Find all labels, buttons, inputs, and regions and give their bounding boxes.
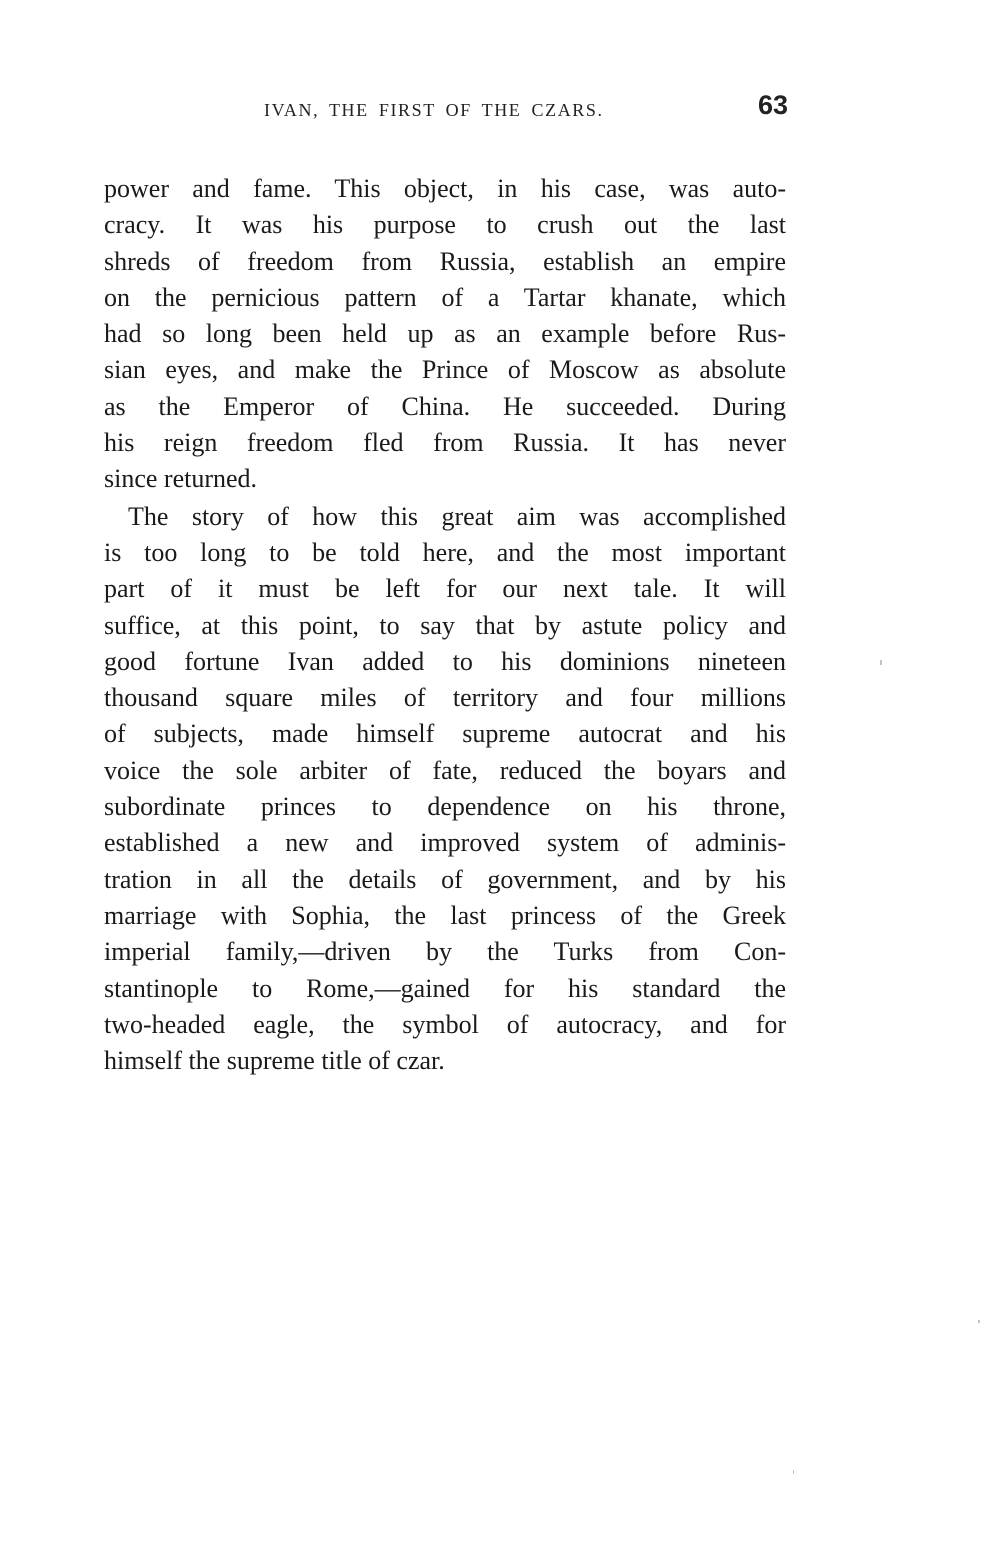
text-line: had so long been held up as an example b… bbox=[104, 316, 786, 352]
text-line: sian eyes, and make the Prince of Moscow… bbox=[104, 352, 786, 388]
text-line: thousand square miles of territory and f… bbox=[104, 680, 786, 716]
scan-speck bbox=[793, 1470, 794, 1474]
text-line: voice the sole arbiter of fate, reduced … bbox=[104, 753, 786, 789]
text-line: part of it must be left for our next tal… bbox=[104, 571, 786, 607]
text-line: stantinople to Rome,—gained for his stan… bbox=[104, 971, 786, 1007]
text-line: is too long to be told here, and the mos… bbox=[104, 535, 786, 571]
scan-speck bbox=[880, 660, 882, 665]
text-line: The story of how this great aim was acco… bbox=[104, 499, 786, 535]
text-line: imperial family,—driven by the Turks fro… bbox=[104, 934, 786, 970]
text-line: established a new and improved system of… bbox=[104, 825, 786, 861]
text-line: shreds of freedom from Russia, establish… bbox=[104, 244, 786, 280]
text-line: marriage with Sophia, the last princess … bbox=[104, 898, 786, 934]
page-number: 63 bbox=[758, 90, 788, 121]
paragraph-2: The story of how this great aim was acco… bbox=[104, 499, 786, 1080]
running-head: IVAN, THE FIRST OF THE CZARS. 63 bbox=[104, 90, 788, 126]
text-line: cracy. It was his purpose to crush out t… bbox=[104, 207, 786, 243]
body-text: power and fame. This object, in his case… bbox=[104, 171, 786, 1079]
text-line: tration in all the details of government… bbox=[104, 862, 786, 898]
text-line: since returned. bbox=[104, 461, 786, 497]
book-page: IVAN, THE FIRST OF THE CZARS. 63 power a… bbox=[0, 0, 1000, 1564]
text-line: suffice, at this point, to say that by a… bbox=[104, 608, 786, 644]
text-line: of subjects, made himself supreme autocr… bbox=[104, 716, 786, 752]
scan-speck bbox=[978, 1320, 980, 1323]
text-line: his reign freedom fled from Russia. It h… bbox=[104, 425, 786, 461]
text-line: as the Emperor of China. He succeeded. D… bbox=[104, 389, 786, 425]
text-line: himself the supreme title of czar. bbox=[104, 1043, 786, 1079]
text-line: subordinate princes to dependence on his… bbox=[104, 789, 786, 825]
text-line: power and fame. This object, in his case… bbox=[104, 171, 786, 207]
running-title: IVAN, THE FIRST OF THE CZARS. bbox=[264, 100, 604, 121]
text-line: good fortune Ivan added to his dominions… bbox=[104, 644, 786, 680]
text-line: two-headed eagle, the symbol of autocrac… bbox=[104, 1007, 786, 1043]
paragraph-1: power and fame. This object, in his case… bbox=[104, 171, 786, 498]
text-line: on the pernicious pattern of a Tartar kh… bbox=[104, 280, 786, 316]
